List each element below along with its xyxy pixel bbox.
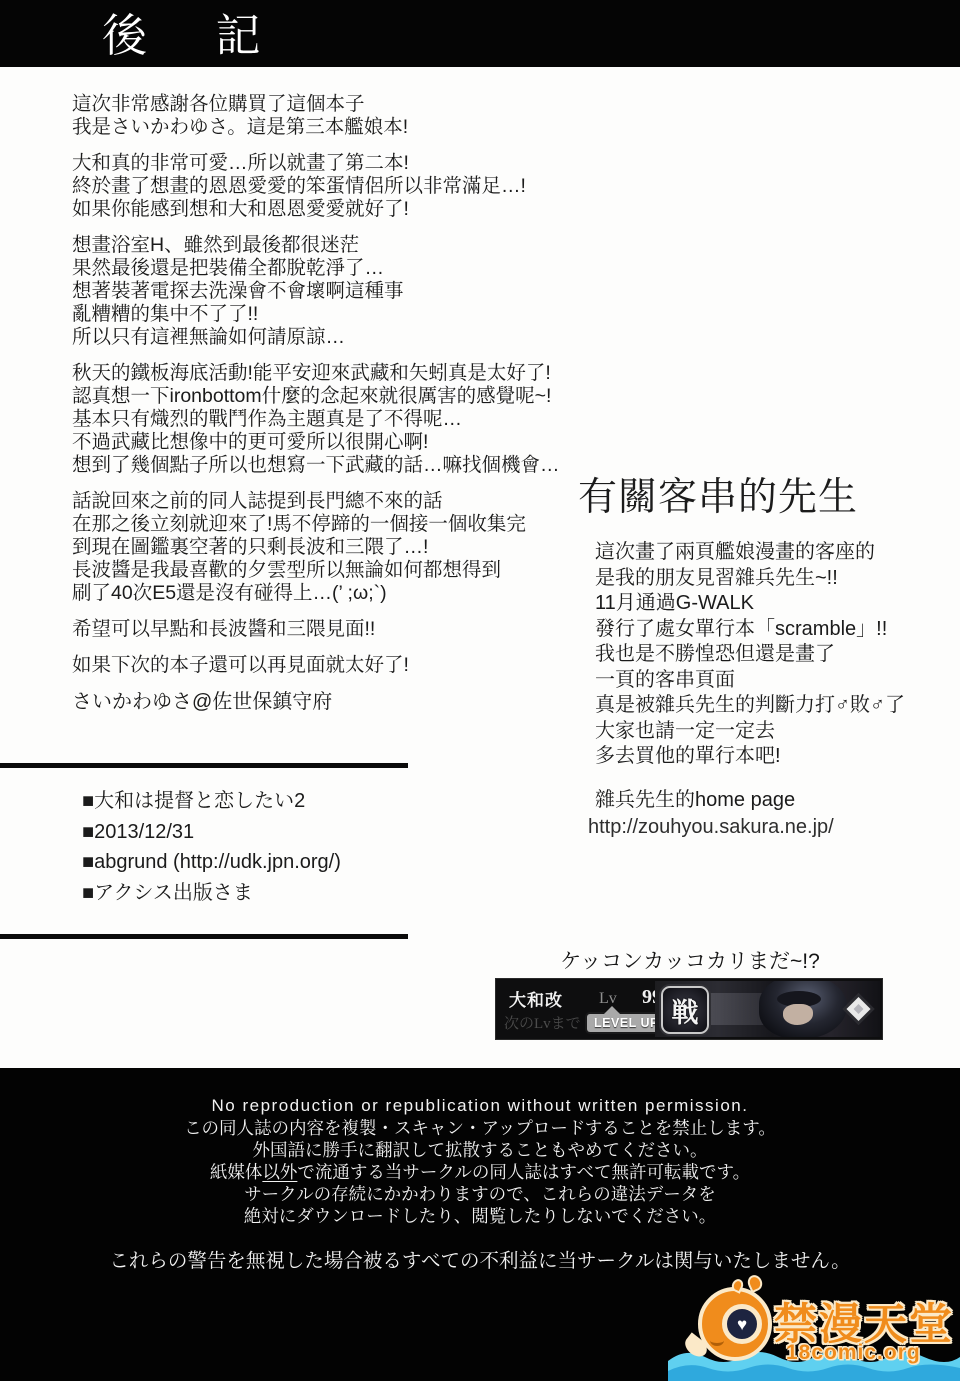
banner-caption: ケッコンカッコカリまだ~!? bbox=[495, 945, 885, 975]
footer-notice-line: この同人誌の内容を複製・スキャン・アップロードすることを禁止します。 bbox=[0, 1117, 960, 1139]
afterword-paragraph: 話說回來之前的同人誌提到長門總不來的話在那之後立刻就迎來了!馬不停蹄的一個接一個… bbox=[72, 490, 577, 605]
afterword-title-band: 後 記 bbox=[0, 0, 960, 67]
footer-notice-segment: 紙媒体 bbox=[210, 1162, 263, 1182]
credits-top-rule bbox=[0, 763, 408, 768]
guest-homepage-url: http://zouhyou.sakura.ne.jp/ bbox=[588, 816, 908, 839]
footer-notice-line: 紙媒体以外で流通する当サークルの同人誌はすべて無許可転載です。 bbox=[0, 1161, 960, 1183]
afterword-paragraph: 想畫浴室H、雖然到最後都很迷茫果然最後還是把裝備全都脫乾淨了…想著裝著電探去洗澡… bbox=[72, 234, 577, 349]
mascot-eye: ♥ bbox=[722, 1304, 762, 1344]
mascot-mouth bbox=[710, 1335, 724, 1346]
afterword-paragraph: 如果下次的本子還可以再見面就太好了! bbox=[72, 654, 577, 677]
afterword-paragraph: 大和真的非常可愛…所以就畫了第二本!終於畫了想畫的恩恩愛愛的笨蛋情侶所以非常滿足… bbox=[72, 152, 577, 221]
spout-droplet-icon bbox=[745, 1273, 764, 1293]
guest-section-text: 這次畫了兩頁艦娘漫畫的客座的是我的朋友見習雜兵先生~!!11月通過G-WALK發… bbox=[595, 540, 908, 770]
footer-notice-line: サークルの存続にかかわりますので、これらの違法データを bbox=[0, 1183, 960, 1205]
battle-emblem-glyph: 戦 bbox=[672, 991, 699, 1030]
footer-english-notice: No reproduction or republication without… bbox=[0, 1068, 960, 1117]
afterword-paragraph: 希望可以早點和長波醬和三隈見面!! bbox=[72, 618, 577, 641]
heart-icon: ♥ bbox=[737, 1316, 747, 1333]
footer-warning-line: これらの警告を無視した場合被るすべての不利益に当サークルは関与いたしません。 bbox=[0, 1249, 960, 1273]
guest-homepage-label: 雜兵先生的home page bbox=[595, 787, 908, 813]
page-title: 後 記 bbox=[102, 13, 289, 58]
guest-section-heading: 有關客串的先生 bbox=[578, 474, 908, 522]
footer-notice-segment: で流通する当サークルの同人誌はすべて無許可転載です。 bbox=[297, 1162, 750, 1182]
footer-notice-line: 外国語に勝手に翻訳して拡散することもやめてください。 bbox=[0, 1139, 960, 1161]
credits-list: ■大和は提督と恋したい2■2013/12/31■abgrund (http://… bbox=[82, 786, 442, 908]
footer-notice-line: 絶対にダウンロードしたり、閲覧したりしないでください。 bbox=[0, 1205, 960, 1227]
next-level-label: 次のLvまで bbox=[504, 1012, 581, 1033]
ship-name: 大和改 bbox=[509, 986, 563, 1011]
banner-character-art: 戦 bbox=[655, 981, 880, 1037]
footer-notice-underlined: 以外 bbox=[262, 1162, 297, 1182]
site-watermark: ♥ 禁漫天堂 18comic.org bbox=[668, 1271, 960, 1381]
afterword-text-column: 這次非常感謝各位購買了這個本子我是さいかわゆさ。這是第三本艦娘本! 大和真的非常… bbox=[72, 93, 577, 714]
author-signature: さいかわゆさ@佐世保鎮守府 bbox=[72, 691, 577, 714]
game-screenshot-banner: 大和改 次のLvまで Lv 99 LEVEL UP! 戦 bbox=[495, 978, 883, 1040]
guest-artist-section: 有關客串的先生 這次畫了兩頁艦娘漫畫的客座的是我的朋友見習雜兵先生~!!11月通… bbox=[578, 474, 908, 839]
battle-emblem-icon: 戦 bbox=[661, 986, 709, 1034]
afterword-paragraph: 這次非常感謝各位購買了這個本子我是さいかわゆさ。這是第三本艦娘本! bbox=[72, 93, 577, 139]
afterword-paragraph: 秋天的鐵板海底活動!能平安迎來武藏和矢蚓真是太好了!認真想一下ironbotto… bbox=[72, 362, 577, 477]
spout-droplet-icon bbox=[730, 1277, 745, 1293]
credits-bottom-rule bbox=[0, 934, 408, 939]
diamond-icon bbox=[846, 997, 870, 1021]
whale-mascot-icon: ♥ bbox=[698, 1287, 772, 1361]
watermark-site-url: 18comic.org bbox=[786, 1341, 921, 1365]
